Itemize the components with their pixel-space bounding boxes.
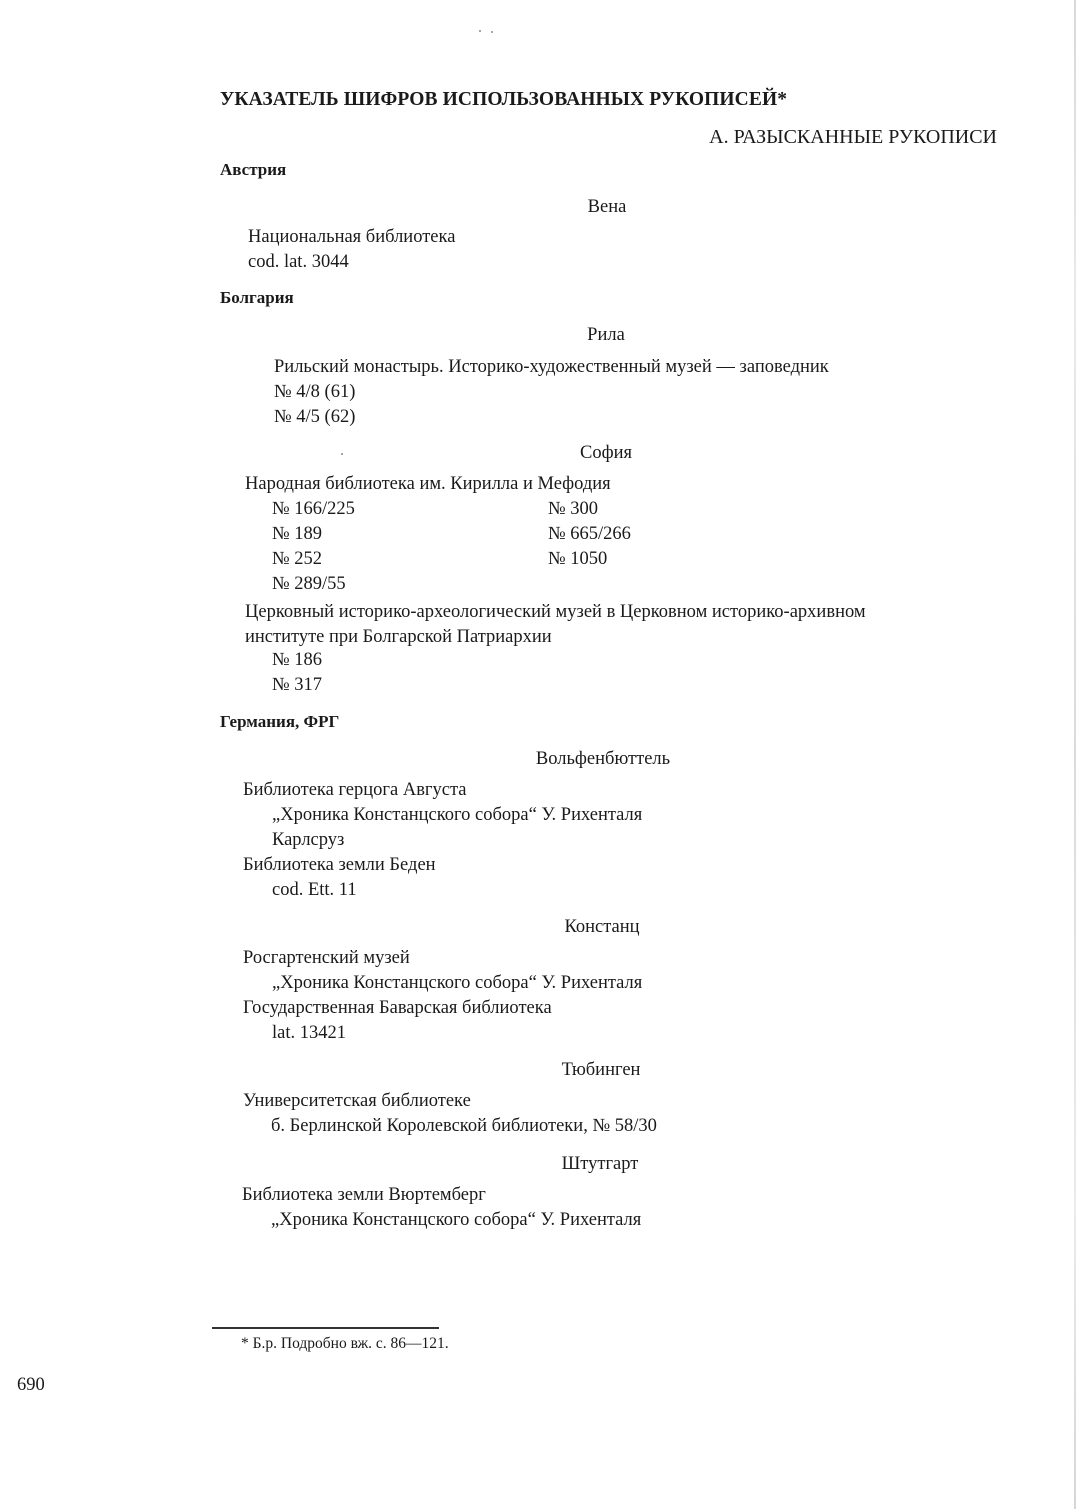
institution: Университетская библиотеке (243, 1092, 471, 1111)
institution: Библиотека герцога Августа (243, 781, 467, 800)
city-heading: Тюбинген (562, 1061, 641, 1080)
scan-speck (479, 30, 481, 32)
city-heading: Констанц (564, 918, 639, 937)
page-edge-shadow (1074, 0, 1076, 1509)
page-title: УКАЗАТЕЛЬ ШИФРОВ ИСПОЛЬЗОВАННЫХ РУКОПИСЕ… (220, 90, 787, 110)
institution: Библиотека земли Беден (243, 856, 436, 875)
manuscript-shelfmark: № 189 (272, 525, 322, 544)
manuscript-shelfmark: № 665/266 (548, 525, 631, 544)
footnote: * Б.р. Подробно вж. с. 86—121. (241, 1336, 449, 1352)
city-heading: Вена (588, 198, 627, 217)
manuscript-title: „Хроника Констанцского собора“ У. Рихент… (272, 806, 642, 825)
manuscript-shelfmark: № 1050 (548, 550, 607, 569)
manuscript-shelfmark: № 252 (272, 550, 322, 569)
manuscript-shelfmark: lat. 13421 (272, 1024, 346, 1043)
country-heading: Болгария (220, 289, 294, 306)
manuscript-shelfmark: № 317 (272, 676, 322, 695)
country-heading: Германия, ФРГ (220, 713, 339, 730)
institution: Рильский монастырь. Историко-художествен… (274, 358, 829, 377)
city-heading: Вольфенбюттель (536, 750, 670, 769)
manuscript-shelfmark: б. Берлинской Королевской библиотеки, № … (271, 1117, 657, 1136)
manuscript-shelfmark: cod. lat. 3044 (248, 253, 349, 272)
manuscript-shelfmark: № 186 (272, 651, 322, 670)
footnote-rule (212, 1327, 439, 1329)
institution: Росгартенский музей (243, 949, 410, 968)
country-heading: Австрия (220, 161, 286, 178)
city-heading: Рила (587, 326, 625, 345)
manuscript-shelfmark: cod. Ett. 11 (272, 881, 357, 900)
manuscript-shelfmark: № 4/5 (62) (274, 408, 355, 427)
institution: Библиотека земли Вюртемберг (242, 1186, 486, 1205)
manuscript-shelfmark: № 289/55 (272, 575, 346, 594)
manuscript-title: „Хроника Констанцского собора“ У. Рихент… (271, 1211, 641, 1230)
institution: Национальная библиотека (248, 228, 455, 247)
manuscript-shelfmark: № 166/225 (272, 500, 355, 519)
institution: Народная библиотека им. Кирилла и Мефоди… (245, 475, 611, 494)
city-heading: Штутгарт (562, 1155, 639, 1174)
section-heading: А. РАЗЫСКАННЫЕ РУКОПИСИ (709, 127, 997, 147)
institution-continued: институте при Болгарской Патриархии (245, 628, 552, 647)
manuscript-shelfmark: № 4/8 (61) (274, 383, 355, 402)
scan-speck (491, 31, 493, 33)
city-heading: София (580, 444, 632, 463)
institution: Церковный историко-археологический музей… (245, 603, 866, 622)
manuscript-title: „Хроника Констанцского собора“ У. Рихент… (272, 974, 642, 993)
page-number: 690 (17, 1376, 45, 1395)
scan-speck (341, 453, 343, 455)
manuscript-note: Карлсруз (272, 831, 344, 850)
manuscript-shelfmark: № 300 (548, 500, 598, 519)
institution: Государственная Баварская библиотека (243, 999, 552, 1018)
document-page: УКАЗАТЕЛЬ ШИФРОВ ИСПОЛЬЗОВАННЫХ РУКОПИСЕ… (0, 0, 1080, 1509)
